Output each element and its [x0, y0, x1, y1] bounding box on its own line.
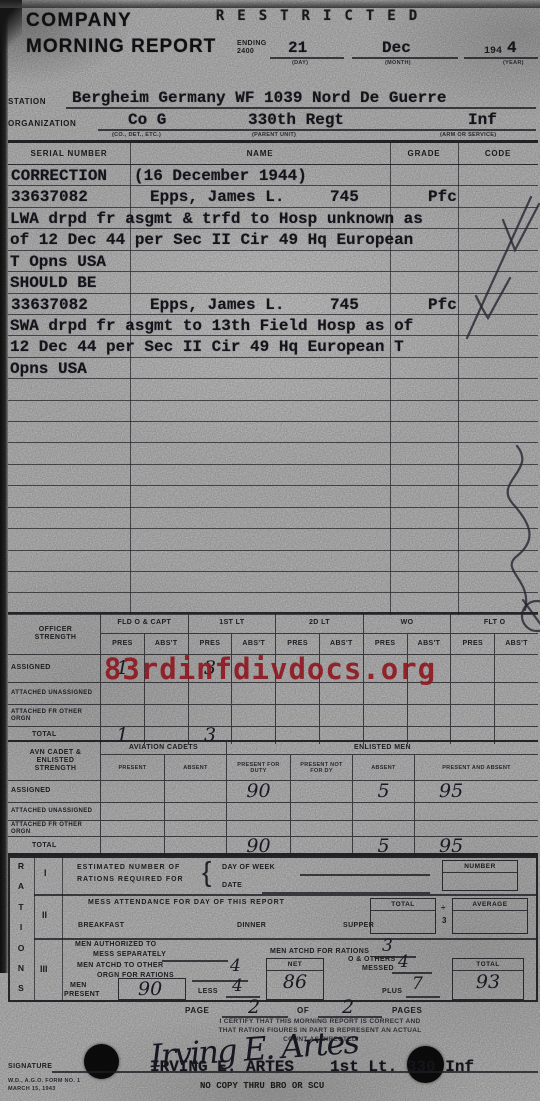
ending-label-line2: 2400 [237, 48, 254, 55]
roster-remark: LWA drpd fr asgmt & trfd to Hosp unknown… [8, 208, 538, 229]
ending-label: ENDING 2400 [237, 40, 267, 56]
col-ac-absent: ABSENT [164, 755, 226, 780]
grid-cell [414, 821, 538, 836]
roster-row-blank [8, 443, 538, 464]
report-day-value: 21 [288, 40, 307, 56]
mess-total-box: TOTAL [370, 898, 436, 934]
number-box-label: NUMBER [443, 861, 517, 873]
grid-cell [100, 837, 164, 856]
row-label-attached-other: ATTACHED FR OTHER ORGN [8, 705, 100, 726]
officer-group-wo: WO [363, 614, 451, 634]
grid-cell [494, 683, 538, 704]
others-messed-value: 4 [398, 954, 409, 971]
grid-cell [319, 705, 363, 726]
less-value: 4 [232, 978, 243, 995]
grid-cell [100, 821, 164, 836]
rations-i-label-1: ESTIMATED NUMBER OF [77, 864, 180, 872]
rations-letter: A [8, 876, 34, 896]
day-line [270, 57, 344, 59]
less-label: LESS [198, 988, 218, 996]
roster-row-blank [8, 508, 538, 529]
row-label-assigned: ASSIGNED [8, 781, 100, 802]
grid-cell [164, 803, 226, 820]
rations-total-label: TOTAL [453, 959, 523, 971]
mess-average-box: AVERAGE [452, 898, 528, 934]
organization-line [98, 129, 536, 131]
column-header-serial: SERIAL NUMBER [8, 149, 130, 158]
day-of-week-line [300, 874, 430, 876]
enlisted-strength-title-text: AVN CADET & ENLISTED STRENGTH [24, 749, 88, 773]
station-value: Bergheim Germany WF 1039 Nord De Guerre [72, 90, 446, 106]
grid-cell [450, 705, 494, 726]
officer-strength-title-text: OFFICER STRENGTH [27, 626, 85, 642]
col-em-absent: ABSENT [352, 755, 414, 780]
morning-report-scan: RESTRICTED COMPANY MORNING REPORT ENDING… [0, 0, 540, 1101]
enlisted-row-assigned: ASSIGNED 90 5 95 [8, 780, 538, 802]
abst-header: ABS'T [144, 634, 188, 654]
roster-remark: SWA drpd fr asgmt to 13th Field Hosp as … [8, 315, 538, 336]
section-numeral-i: I [44, 868, 47, 878]
roster-remark: T Opns USA [8, 251, 538, 272]
column-header-code: CODE [458, 149, 538, 158]
parent-caption: (PARENT UNIT) [252, 132, 296, 138]
enlisted-strength-title: AVN CADET & ENLISTED STRENGTH [8, 742, 100, 780]
col-em-present-duty: PRESENT FOR DUTY [226, 755, 290, 780]
col-em-present-and-absent: PRESENT AND ABSENT [414, 755, 538, 780]
organization-parent-value: 330th Regt [248, 112, 344, 128]
watermark: 83rdinfdivdocs.org [100, 652, 440, 686]
enlisted-strength-header: AVN CADET & ENLISTED STRENGTH AVIATION C… [8, 742, 538, 780]
atchd-other-label-1: MEN ATCHD TO OTHER [77, 962, 163, 970]
roster-grade: Pfc [428, 189, 457, 205]
roster-row-blank [8, 529, 538, 550]
group-aviation-cadets: AVIATION CADETS [100, 742, 226, 755]
grid-cell [226, 821, 290, 836]
grid-cell [144, 683, 188, 704]
row-label-attached-other: ATTACHED FR OTHER ORGN [8, 821, 100, 836]
pages-label: PAGES [392, 1006, 422, 1015]
arm-caption: (ARM OR SERVICE) [440, 132, 496, 138]
row-label-assigned: ASSIGNED [8, 655, 100, 682]
grid-cell [352, 821, 414, 836]
officer-strength-title: OFFICER STRENGTH [8, 614, 100, 654]
form-number-line-2: MARCH 15, 1943 [8, 1085, 80, 1093]
grid-cell [290, 837, 352, 856]
roster-name: Epps, James L. [150, 189, 284, 205]
enlisted-total: 95 [439, 837, 463, 856]
men-atchd-rations-label: MEN ATCHD FOR RATIONS [270, 948, 369, 956]
roster-row-blank [8, 572, 538, 593]
grid-cell [231, 683, 275, 704]
rations-letter: N [8, 958, 34, 978]
form-number-line-1: W.D., A.G.O. FORM NO. 1 [8, 1077, 80, 1085]
mess-attendance-label: MESS ATTENDANCE FOR DAY OF THIS REPORT [88, 899, 285, 907]
net-value: 86 [267, 973, 323, 992]
men-authorized-label-2: MESS SEPARATELY [93, 951, 166, 959]
organization-arm-value: Inf [468, 112, 497, 128]
page-label: PAGE [185, 1006, 209, 1015]
others-messed-label-2: MESSED [362, 965, 394, 973]
page-number: 2 [248, 998, 260, 1017]
col-em-present-not-duty: PRESENT NOT FOR DY [290, 755, 352, 780]
enlisted-row-total: TOTAL 90 5 95 [8, 836, 538, 856]
grid-cell [290, 821, 352, 836]
grid-cell [226, 803, 290, 820]
grid-cell [450, 683, 494, 704]
grid-cell [100, 803, 164, 820]
pres-header: PRES [275, 634, 319, 654]
rations-total-box: TOTAL 93 [452, 958, 524, 1000]
day-of-week-label: DAY OF WEEK [222, 864, 275, 872]
scan-edge-bottom [0, 0, 540, 8]
form-title-line2: MORNING REPORT [26, 36, 216, 58]
group-enlisted-men: ENLISTED MEN [226, 742, 538, 755]
report-year-value: 4 [507, 40, 517, 56]
organization-label: ORGANIZATION [8, 119, 76, 128]
station-line [66, 107, 536, 109]
roster-remark: Opns USA [8, 358, 538, 379]
atchd-other-value: 4 [230, 958, 241, 975]
grid-cell [164, 781, 226, 802]
grid-cell [188, 683, 232, 704]
officer-strength-header: OFFICER STRENGTH FLD O & CAPT 1ST LT 2D … [8, 614, 538, 654]
restricted-stamp: RESTRICTED [198, 8, 448, 24]
men-atchd-rations-value: 3 [382, 938, 393, 955]
grid-cell [231, 705, 275, 726]
column-header-name: NAME [130, 149, 390, 158]
roster-mos: 745 [330, 297, 359, 313]
year-caption: (YEAR) [503, 60, 524, 66]
row-label-total: TOTAL [8, 837, 100, 856]
roster-row-blank [8, 379, 538, 400]
grid-cell [450, 655, 494, 682]
roster-row-blank [8, 551, 538, 572]
grid-cell [144, 705, 188, 726]
scan-edge-left [0, 0, 8, 973]
grid-cell [188, 705, 232, 726]
station-label: STATION [8, 97, 46, 106]
enlisted-row-attached-other: ATTACHED FR OTHER ORGN [8, 820, 538, 836]
others-messed-label-1: O & OTHERS [348, 956, 396, 964]
grid-cell [319, 683, 363, 704]
year-line [464, 57, 538, 59]
unit-caption: (CO., DET., ETC.) [112, 132, 161, 138]
grid-cell [407, 705, 451, 726]
grid-cell [290, 781, 352, 802]
signature-label: SIGNATURE [8, 1063, 52, 1071]
enlisted-strength-table: AVN CADET & ENLISTED STRENGTH AVIATION C… [8, 742, 538, 856]
plus-value: 7 [412, 976, 423, 993]
grid-cell [164, 821, 226, 836]
number-box: NUMBER [442, 860, 518, 891]
roster-grade: Pfc [428, 297, 457, 313]
organization-unit-value: Co G [128, 112, 166, 128]
rations-letter: O [8, 938, 34, 958]
month-caption: (MONTH) [385, 60, 411, 66]
pages-total: 2 [342, 998, 354, 1017]
enlisted-assigned-absent: 5 [377, 782, 389, 801]
grid-cell [275, 705, 319, 726]
grid-cell [100, 683, 144, 704]
breakfast-label: BREAKFAST [78, 922, 124, 930]
officer-group-1st-lt: 1ST LT [188, 614, 276, 634]
abst-header: ABS'T [319, 634, 363, 654]
row-label-attached-unassigned: ATTACHED UNASSIGNED [8, 683, 100, 704]
no-copy-note: NO COPY THRU BRO OR SCU [200, 1081, 324, 1091]
punch-hole-left [84, 1044, 119, 1079]
grid-cell [494, 705, 538, 726]
rations-i-label-2: RATIONS REQUIRED FOR [77, 876, 184, 884]
enlisted-assigned-total: 95 [439, 782, 463, 801]
grid-cell [414, 803, 538, 820]
roster-row-blank [8, 401, 538, 422]
plus-label: PLUS [382, 988, 402, 996]
date-line [262, 892, 430, 894]
rations-side-label: RATIONS [8, 856, 34, 1002]
men-present-label-2: PRESENT [64, 991, 100, 999]
grid-cell [100, 781, 164, 802]
men-authorized-label-1: MEN AUTHORIZED TO [75, 941, 156, 949]
form-title-line1: COMPANY [26, 10, 132, 32]
enlisted-assigned-present-duty: 90 [246, 782, 270, 801]
rations-divider-1 [34, 856, 35, 1002]
ending-label-line1: ENDING [237, 40, 267, 47]
scan-corner-top-left [0, 0, 22, 58]
grid-cell [363, 683, 407, 704]
pres-header: PRES [363, 634, 407, 654]
roster-row: 33637082 Epps, James L. 745 Pfc [8, 294, 538, 315]
plus-line [406, 996, 440, 998]
officer-row-attached-other: ATTACHED FR OTHER ORGN [8, 704, 538, 726]
col-ac-present: PRESENT [100, 755, 164, 780]
rations-letter: T [8, 897, 34, 917]
column-header-grade: GRADE [390, 149, 458, 158]
roster-row: 33637082 Epps, James L. 745 Pfc [8, 186, 538, 207]
enlisted-row-attached-unassigned: ATTACHED UNASSIGNED [8, 802, 538, 820]
abst-header: ABS'T [494, 634, 538, 654]
mess-separately-line [162, 960, 228, 962]
roster-serial: 33637082 [11, 297, 88, 313]
rations-total-value: 93 [453, 973, 523, 992]
grid-cell [407, 683, 451, 704]
roster-remark: 12 Dec 44 per Sec II Cir 49 Hq European … [8, 336, 538, 357]
rations-letter: I [8, 917, 34, 937]
grid-cell [100, 705, 144, 726]
roster-serial: CORRECTION [11, 168, 107, 184]
roster-row: CORRECTION (16 December 1944) [8, 165, 538, 186]
officer-group-flt-o: FLT O [450, 614, 538, 634]
brace: { [202, 856, 211, 888]
row-label-attached-unassigned: ATTACHED UNASSIGNED [8, 803, 100, 820]
signature-script: Irving E. Artes [149, 1023, 359, 1075]
roster-row-blank [8, 465, 538, 486]
grid-cell [275, 683, 319, 704]
pres-header: PRES [188, 634, 232, 654]
grid-cell [494, 655, 538, 682]
enlisted-total-present-duty: 90 [246, 837, 270, 856]
grid-cell [363, 705, 407, 726]
rations-letter: R [8, 856, 34, 876]
net-box: NET 86 [266, 958, 324, 1000]
report-month-value: Dec [382, 40, 411, 56]
pres-header: PRES [450, 634, 494, 654]
of-label: OF [297, 1006, 309, 1015]
dinner-label: DINNER [237, 922, 266, 930]
roster-remark: of 12 Dec 44 per Sec II Cir 49 Hq Europe… [8, 229, 538, 250]
section-numeral-iii: III [40, 964, 48, 974]
men-present-label-1: MEN [70, 982, 87, 990]
divide-sign: ÷ [441, 903, 446, 912]
rations-divider-2 [62, 856, 63, 1002]
roster-row-blank [8, 486, 538, 507]
mess-average-label: AVERAGE [453, 899, 527, 911]
rations-row-line-2 [34, 938, 538, 940]
typed-signature-rank: 1st Lt. 330 Inf [330, 1059, 474, 1075]
officer-group-2d-lt: 2D LT [275, 614, 363, 634]
grid-cell [290, 803, 352, 820]
roster-name: Epps, James L. [150, 297, 284, 313]
year-prefix: 194 [484, 46, 502, 57]
enlisted-total-absent: 5 [377, 837, 389, 856]
mess-total-label: TOTAL [371, 899, 435, 911]
officer-group-fld-capt: FLD O & CAPT [100, 614, 188, 634]
roster-row-blank [8, 422, 538, 443]
pres-header: PRES [100, 634, 144, 654]
rations-letter: S [8, 978, 34, 998]
day-caption: (DAY) [292, 60, 308, 66]
section-numeral-ii: II [42, 910, 47, 920]
date-label: DATE [222, 882, 242, 890]
roster-remark: SHOULD BE [8, 272, 538, 293]
rations-row-line-1 [34, 894, 538, 896]
roster-serial: 33637082 [11, 189, 88, 205]
roster-table: SERIAL NUMBER NAME GRADE CODE CORRECTION… [8, 140, 538, 612]
roster-mos: 745 [330, 189, 359, 205]
grid-cell [352, 803, 414, 820]
abst-header: ABS'T [407, 634, 451, 654]
abst-header: ABS'T [231, 634, 275, 654]
roster-name: (16 December 1944) [134, 168, 307, 184]
grid-cell [164, 837, 226, 856]
month-line [352, 57, 458, 59]
men-present-value: 90 [138, 980, 162, 999]
net-label: NET [267, 959, 323, 971]
form-number: W.D., A.G.O. FORM NO. 1 MARCH 15, 1943 [8, 1077, 80, 1093]
divide-three: 3 [442, 916, 447, 925]
